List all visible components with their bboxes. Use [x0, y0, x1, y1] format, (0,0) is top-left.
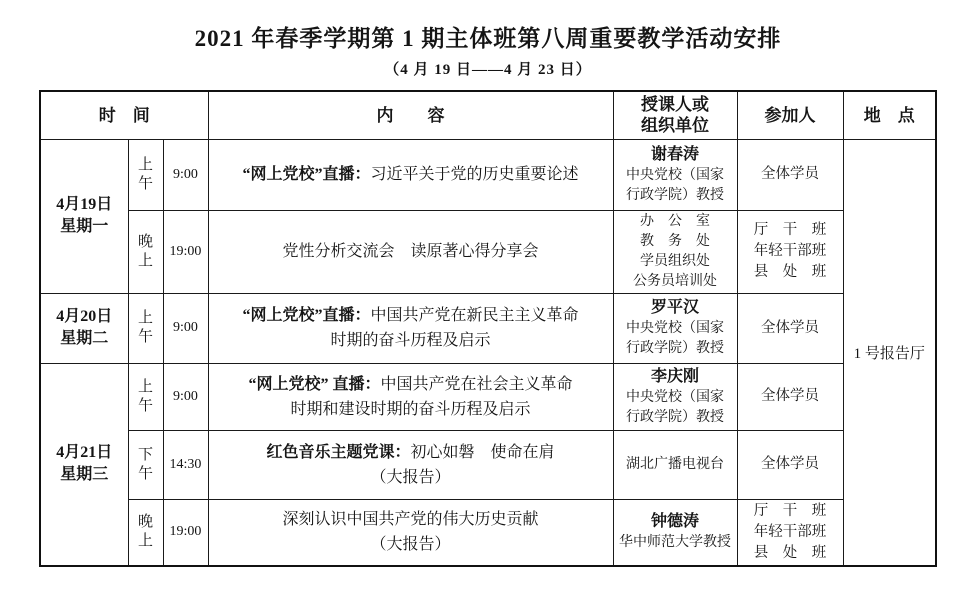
- participants-cell: 全体学员: [737, 363, 843, 430]
- content-line1: “网上党校” 直播：中国共产党在社会主义革命: [212, 372, 610, 397]
- lecturer-name: 钟德涛: [617, 511, 734, 533]
- table-row: 晚 上 19:00 党性分析交流会 读原著心得分享会 办 公 室 教 务 处 学…: [40, 210, 936, 293]
- lecturer-cell: 谢春涛 中央党校（国家 行政学院）教授: [613, 139, 737, 210]
- period-cell: 上 午: [128, 139, 163, 210]
- period-cell: 晚 上: [128, 210, 163, 293]
- participants-cell: 厅 干 班 年轻干部班 县 处 班: [737, 210, 843, 293]
- content-cell: “网上党校”直播：习近平关于党的历史重要论述: [208, 139, 613, 210]
- participants-cell: 全体学员: [737, 430, 843, 499]
- period-cell: 下 午: [128, 430, 163, 499]
- date-text: 4月19日: [44, 194, 125, 216]
- content-line1: “网上党校”直播：中国共产党在新民主主义革命: [212, 303, 610, 328]
- content-line1: 深刻认识中国共产党的伟大历史贡献: [212, 507, 610, 532]
- header-lecturer: 授课人或 组织单位: [613, 91, 737, 139]
- participants-cell: 全体学员: [737, 139, 843, 210]
- participants-cell: 厅 干 班 年轻干部班 县 处 班: [737, 499, 843, 566]
- content-cell: “网上党校”直播：中国共产党在新民主主义革命 时期的奋斗历程及启示: [208, 293, 613, 363]
- weekday-text: 星期一: [44, 216, 125, 238]
- period-cell: 晚 上: [128, 499, 163, 566]
- lecturer-cell: 湖北广播电视台: [613, 430, 737, 499]
- table-row: 4月20日 星期二 上 午 9:00 “网上党校”直播：中国共产党在新民主主义革…: [40, 293, 936, 363]
- time-cell: 19:00: [163, 210, 208, 293]
- header-location: 地 点: [843, 91, 936, 139]
- date-cell-apr21: 4月21日 星期三: [40, 363, 128, 566]
- period-cell: 上 午: [128, 363, 163, 430]
- document-title: 2021 年春季学期第 1 期主体班第八周重要教学活动安排: [0, 0, 976, 54]
- location-cell: 1 号报告厅: [843, 139, 936, 566]
- date-cell-apr19: 4月19日 星期一: [40, 139, 128, 293]
- lecturer-cell: 李庆刚 中央党校（国家 行政学院）教授: [613, 363, 737, 430]
- time-cell: 9:00: [163, 363, 208, 430]
- header-lecturer-line2: 组织单位: [617, 115, 734, 136]
- schedule-table: 时 间 内 容 授课人或 组织单位 参加人 地 点 4月19日 星期一 上 午: [39, 90, 937, 567]
- lecturer-name: 李庆刚: [617, 366, 734, 388]
- table-row: 4月19日 星期一 上 午 9:00 “网上党校”直播：习近平关于党的历史重要论…: [40, 139, 936, 210]
- content-line2: （大报告）: [212, 465, 610, 490]
- date-cell-apr20: 4月20日 星期二: [40, 293, 128, 363]
- header-content: 内 容: [208, 91, 613, 139]
- lecturer-name: 罗平汉: [617, 297, 734, 319]
- document-subtitle: （4 月 19 日——4 月 23 日）: [0, 60, 976, 80]
- content-cell: 党性分析交流会 读原著心得分享会: [208, 210, 613, 293]
- content-cell: 深刻认识中国共产党的伟大历史贡献 （大报告）: [208, 499, 613, 566]
- content-line1: 党性分析交流会 读原著心得分享会: [212, 239, 610, 264]
- content-cell: “网上党校” 直播：中国共产党在社会主义革命 时期和建设时期的奋斗历程及启示: [208, 363, 613, 430]
- date-text: 4月21日: [44, 442, 125, 464]
- lecturer-cell: 钟德涛 华中师范大学教授: [613, 499, 737, 566]
- time-cell: 9:00: [163, 293, 208, 363]
- content-line2: 时期的奋斗历程及启示: [212, 328, 610, 353]
- content-cell: 红色音乐主题党课：初心如磐 使命在肩 （大报告）: [208, 430, 613, 499]
- lecturer-cell: 罗平汉 中央党校（国家 行政学院）教授: [613, 293, 737, 363]
- weekday-text: 星期三: [44, 464, 125, 486]
- weekday-text: 星期二: [44, 328, 125, 350]
- header-row: 时 间 内 容 授课人或 组织单位 参加人 地 点: [40, 91, 936, 139]
- table-row: 下 午 14:30 红色音乐主题党课：初心如磐 使命在肩 （大报告） 湖北广播电…: [40, 430, 936, 499]
- document-page: 2021 年春季学期第 1 期主体班第八周重要教学活动安排 （4 月 19 日—…: [0, 0, 976, 599]
- period-cell: 上 午: [128, 293, 163, 363]
- date-text: 4月20日: [44, 306, 125, 328]
- header-participants: 参加人: [737, 91, 843, 139]
- table-row: 晚 上 19:00 深刻认识中国共产党的伟大历史贡献 （大报告） 钟德涛 华中师…: [40, 499, 936, 566]
- table-row: 4月21日 星期三 上 午 9:00 “网上党校” 直播：中国共产党在社会主义革…: [40, 363, 936, 430]
- lecturer-cell: 办 公 室 教 务 处 学员组织处 公务员培训处: [613, 210, 737, 293]
- content-line1: “网上党校”直播：习近平关于党的历史重要论述: [212, 162, 610, 187]
- content-line2: （大报告）: [212, 532, 610, 557]
- participants-cell: 全体学员: [737, 293, 843, 363]
- header-lecturer-line1: 授课人或: [617, 94, 734, 115]
- content-line1: 红色音乐主题党课：初心如磐 使命在肩: [212, 440, 610, 465]
- content-line2: 时期和建设时期的奋斗历程及启示: [212, 397, 610, 422]
- header-time: 时 间: [40, 91, 208, 139]
- time-cell: 9:00: [163, 139, 208, 210]
- time-cell: 14:30: [163, 430, 208, 499]
- lecturer-name: 谢春涛: [617, 144, 734, 166]
- time-cell: 19:00: [163, 499, 208, 566]
